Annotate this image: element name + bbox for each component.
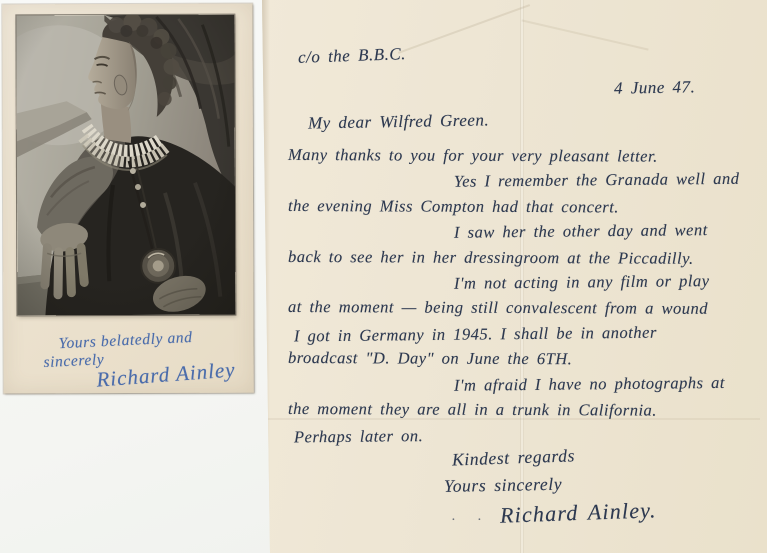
diagonal-crease <box>398 4 530 54</box>
scanned-letter-and-photo: Yours belatedly and sincerely Richard Ai… <box>0 0 767 553</box>
letter-closing: Kindest regards Yours sincerely . . Rich… <box>452 446 656 526</box>
letter-salutation: My dear Wilfred Green. <box>308 110 489 133</box>
letter-signature: Richard Ainley. <box>499 497 656 528</box>
letter-line: I'm not acting in any film or play <box>294 271 757 301</box>
letter-address: c/o the B.B.C. <box>298 44 407 68</box>
diagonal-crease <box>521 19 648 50</box>
letter-line: broadcast "D. Day" on June the 6TH. <box>288 348 757 375</box>
letter-edge-shadow <box>260 0 270 553</box>
letter-line: I'm afraid I have no photographs at <box>294 372 757 402</box>
closing-line: Yours sincerely <box>444 472 656 497</box>
letter-line: at the moment — being still convalescent… <box>288 297 757 324</box>
letter-body: Many thanks to you for your very pleasan… <box>294 146 757 451</box>
letter-line: I saw her the other day and went <box>294 220 757 250</box>
portrait-illustration <box>16 15 235 316</box>
handwritten-letter: c/o the B.B.C. 4 June 47. My dear Wilfre… <box>254 0 767 553</box>
letter-date: 4 June 47. <box>614 77 696 98</box>
letter-line: Yes I remember the Granada well and <box>294 169 757 199</box>
closing-line: Kindest regards <box>452 442 657 470</box>
photo-inscription: Yours belatedly and sincerely Richard Ai… <box>2 326 254 395</box>
letter-line: the moment they are all in a trunk in Ca… <box>288 399 757 426</box>
letter-line: the evening Miss Compton had that concer… <box>288 196 757 223</box>
letter-line: I got in Germany in 1945. I shall be in … <box>294 321 757 351</box>
letter-line: Many thanks to you for your very pleasan… <box>288 145 757 172</box>
portrait-photo <box>16 15 235 316</box>
ink-dots: . . <box>452 509 490 525</box>
letter-line: back to see her in her dressingroom at t… <box>288 247 757 274</box>
photo-postcard: Yours belatedly and sincerely Richard Ai… <box>2 4 253 394</box>
